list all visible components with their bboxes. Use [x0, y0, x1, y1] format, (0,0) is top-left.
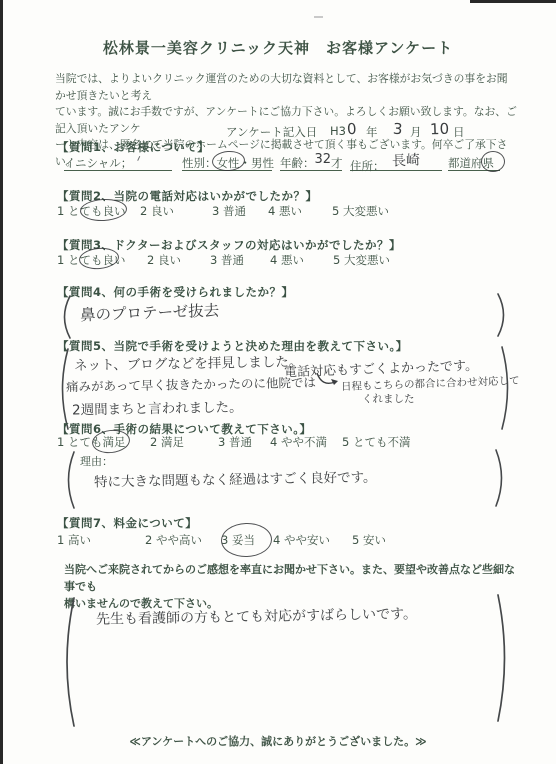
date-month-unit: 月 — [410, 124, 422, 140]
q6-option-4: 4 やや不満 — [270, 434, 327, 450]
q2-option-2: 2 良い — [140, 203, 174, 219]
age-unit: 才 — [331, 156, 343, 170]
initials-field: イニシャル； — [64, 155, 172, 171]
date-month-handwritten: 3 — [392, 120, 403, 139]
q5-answer-line3: 2週間まちと言われました。 — [72, 396, 243, 419]
date-day-unit: 日 — [453, 124, 465, 140]
scan-speck — [314, 16, 323, 18]
q7-option-4: 4 やや安い — [273, 532, 330, 548]
q4-heading: 【質問4、何の手術を受けられましたか？】 — [57, 284, 294, 300]
q3-option-3: 3 普通 — [210, 252, 244, 268]
comment-bracket-right — [496, 593, 512, 723]
q7-selection-circle — [220, 522, 272, 558]
q4-answer-bracket-left — [58, 294, 72, 340]
page-title: 松林景一美容クリニック天神 お客様アンケート — [0, 37, 556, 58]
q6-reason-bracket-left — [62, 450, 76, 510]
q7-heading: 【質問7、料金について】 — [57, 515, 197, 531]
q6-option-2: 2 満足 — [150, 434, 184, 450]
q6-reason-bracket-right — [494, 448, 508, 508]
q5-answer-line1: ネット、ブログなどを拝見しました。 — [74, 350, 303, 374]
q3-option-4: 4 悪い — [270, 252, 304, 268]
q5-answer-line2: 痛みがあって早く抜きたかったのに他院では — [66, 373, 316, 395]
q6-option-5: 5 とても不満 — [342, 434, 410, 450]
intro-line-1: 当院では、よりよいクリニック運営のための大切な資料として、お客様がお気づきの事を… — [55, 71, 517, 104]
q5-annotation-arrow-icon — [314, 372, 342, 390]
age-field: 年齢：32才 — [280, 155, 342, 171]
initials-pen-mark — [137, 156, 145, 163]
survey-date-label: アンケート記入日 — [226, 124, 317, 140]
q1-heading: 【質問1、お客様について】 — [57, 139, 209, 155]
q2-option-5: 5 大変悪い — [332, 203, 389, 219]
date-era-printed: H3 — [330, 124, 346, 138]
date-year-handwritten: 0 — [347, 120, 357, 138]
age-value-handwritten: 32 — [315, 152, 332, 167]
closing-note: 当院へご来院されてからのご感想を率直にお聞かせ下さい。また、要望や改善点など些細… — [64, 561, 516, 612]
q2-option-4: 4 悪い — [268, 203, 302, 219]
q7-option-2: 2 やや高い — [145, 532, 202, 548]
address-label: 住所： — [350, 159, 385, 173]
age-label: 年齢： — [280, 156, 315, 170]
closing-note-line1: 当院へご来院されてからのご感想を率直にお聞かせ下さい。また、要望や改善点など些細… — [64, 561, 516, 595]
q6-reason-label: 理由： — [80, 453, 113, 469]
address-field: 住所： 長崎 — [350, 155, 442, 171]
q4-answer-bracket-right — [496, 292, 510, 338]
footer-thanks: ≪アンケートへのご協力、誠にありがとうございました。≫ — [0, 733, 556, 749]
initials-label: イニシャル； — [64, 156, 132, 170]
date-year-unit: 年 — [366, 124, 378, 140]
q7-option-1: 1 高い — [57, 532, 91, 548]
scan-edge-top-right — [470, 0, 556, 3]
q6-reason-handwritten: 特に大きな問題もなく経過はすごく良好です。 — [94, 466, 377, 491]
q4-answer-handwritten: 鼻のプロテーゼ抜去 — [80, 299, 220, 326]
q5-annotation-line2: くれました — [362, 391, 415, 406]
q3-option-2: 2 良い — [147, 252, 181, 268]
date-day-handwritten: 10 — [430, 120, 450, 139]
gender-option-male: 男性 — [251, 156, 274, 170]
q2-option-3: 3 普通 — [212, 203, 246, 219]
comment-handwritten: 先生も看護師の方もとても対応がすばらしいです。 — [96, 603, 417, 629]
prefecture-selection-circle — [481, 151, 505, 172]
comment-bracket-left — [60, 596, 76, 728]
q6-option-3: 3 普通 — [218, 434, 252, 450]
scanned-survey-page: 松林景一美容クリニック天神 お客様アンケート 当院では、よりよいクリニック運営の… — [0, 0, 556, 764]
scan-edge-left — [0, 0, 3, 764]
q3-option-5: 5 大変悪い — [333, 252, 390, 268]
address-value-handwritten: 長崎 — [392, 149, 421, 170]
q7-option-5: 5 安い — [352, 532, 386, 548]
